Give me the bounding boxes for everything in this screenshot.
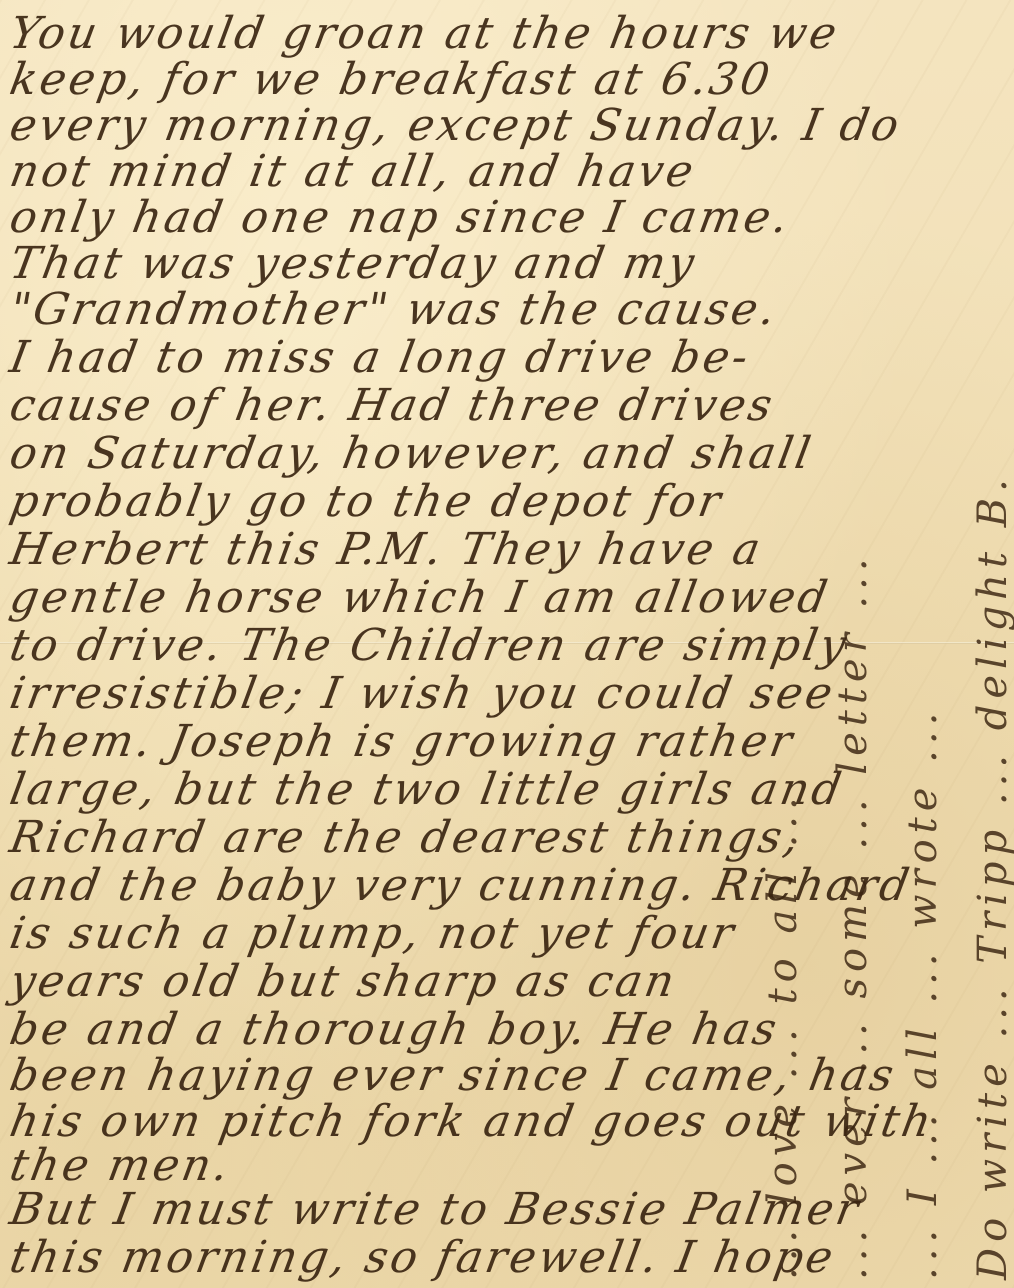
letter-line: be and a thorough boy. He has xyxy=(6,1004,783,1055)
cross-column: Do write ... Tripp ... delight B. xyxy=(970,473,1014,1280)
letter-line: keep, for we breakfast at 6.30 xyxy=(6,54,776,105)
letter-line: is such a plump, not yet four xyxy=(6,908,740,959)
cross-column: ... love ... to all ... xyxy=(760,791,806,1280)
letter-line: Herbert this P.M. They have a xyxy=(6,524,767,575)
cross-column: ... ever ... some ... letter ... xyxy=(830,552,876,1280)
letter-line: not mind it at all, and have xyxy=(6,146,700,197)
letter-line: Richard are the dearest things, xyxy=(6,812,806,863)
letter-line: "Grandmother" was the cause. xyxy=(6,284,782,335)
letter-line: only had one nap since I came. xyxy=(6,192,795,243)
letter-line: probably go to the depot for xyxy=(6,476,727,527)
letter-line: cause of her. Had three drives xyxy=(6,380,779,431)
letter-line: years old but sharp as can xyxy=(6,956,681,1007)
cross-column: ... I ... all ... wrote ... xyxy=(900,707,946,1280)
letter-line: That was yesterday and my xyxy=(6,238,701,289)
letter-line: them. Joseph is growing rather xyxy=(6,716,799,767)
cross-written-text: Do write ... Tripp ... delight B. ... I … xyxy=(690,0,1014,1288)
letter-line: I had to miss a long drive be- xyxy=(6,332,755,383)
